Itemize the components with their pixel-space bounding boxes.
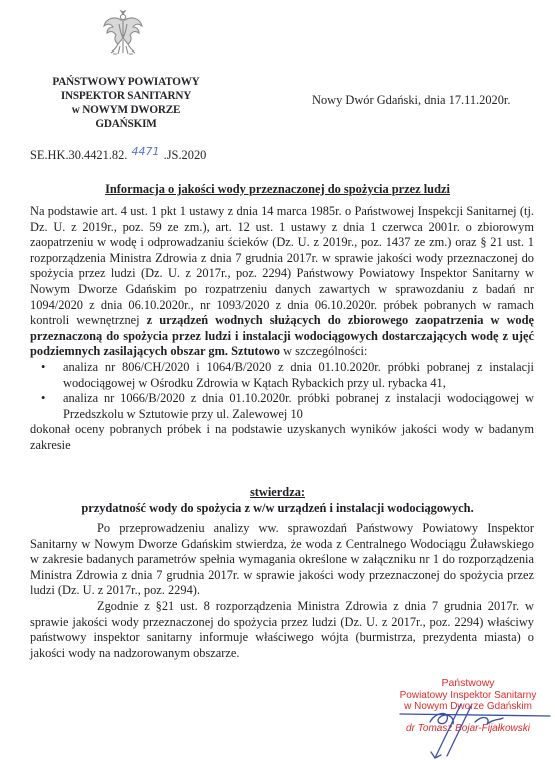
- reference-prefix: SE.HK.30.4421.82.: [30, 148, 127, 162]
- issuer-name: PAŃSTWOWY POWIATOWY INSPEKTOR SANITARNY …: [40, 75, 212, 131]
- finding-verb: stwierdza:: [0, 484, 555, 500]
- handwritten-signature-icon: [375, 700, 555, 760]
- list-item: analiza nr 1066/B/2020 z dnia 01.10.2020…: [63, 391, 534, 422]
- issuer-line: INSPEKTOR SANITARNY: [40, 89, 212, 103]
- reference-number: SE.HK.30.4421.82. 4471 .JS.2020: [30, 148, 206, 163]
- document-title: Informacja o jakości wody przeznaczonej …: [0, 182, 555, 197]
- stamp-line: Państwowy: [383, 678, 553, 690]
- reference-handwritten-number: 4471: [132, 145, 160, 158]
- conclusion-paragraph: Zgodnie z §21 ust. 8 rozporządzenia Mini…: [30, 599, 534, 661]
- assessment-paragraph: dokonał oceny pobranych próbek i na pods…: [30, 422, 534, 453]
- intro-section: Na podstawie art. 4 ust. 1 pkt 1 ustawy …: [30, 204, 534, 454]
- finding-statement: przydatność wody do spożycia z w/w urząd…: [0, 500, 555, 516]
- analyses-list: analiza nr 806/CH/2020 i 1064/B/2020 z d…: [30, 360, 534, 422]
- conclusion-section: Po przeprowadzeniu analizy ww. sprawozda…: [30, 521, 534, 661]
- polish-eagle-emblem-icon: [98, 8, 148, 58]
- place-and-date: Nowy Dwór Gdański, dnia 17.11.2020r.: [312, 93, 510, 108]
- issuer-line: PAŃSTWOWY POWIATOWY: [40, 75, 212, 89]
- issuer-line: w NOWYM DWORZE: [40, 103, 212, 117]
- finding-section: stwierdza: przydatność wody do spożycia …: [0, 484, 555, 516]
- intro-text-tail: w szczególności:: [280, 344, 367, 358]
- list-item: analiza nr 806/CH/2020 i 1064/B/2020 z d…: [63, 360, 534, 391]
- intro-text: Na podstawie art. 4 ust. 1 pkt 1 ustawy …: [30, 204, 534, 327]
- intro-paragraph: Na podstawie art. 4 ust. 1 pkt 1 ustawy …: [30, 204, 534, 360]
- issuer-line: GDAŃSKIM: [40, 117, 212, 131]
- conclusion-paragraph: Po przeprowadzeniu analizy ww. sprawozda…: [30, 521, 534, 599]
- reference-suffix: .JS.2020: [164, 148, 207, 162]
